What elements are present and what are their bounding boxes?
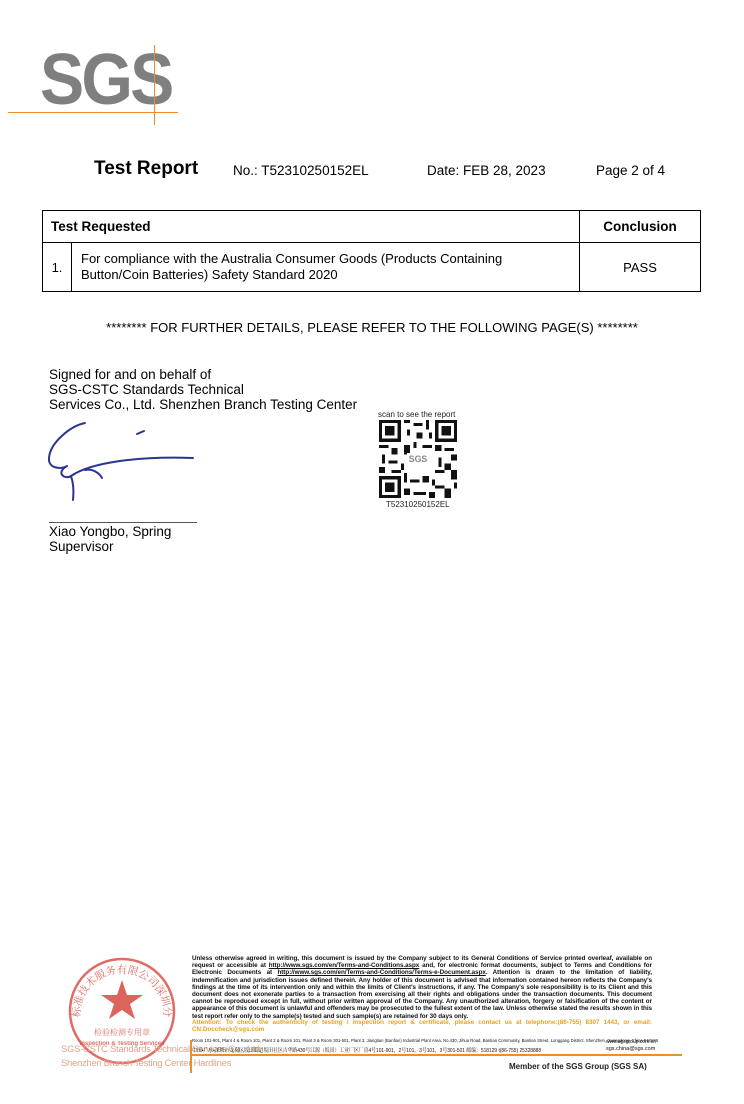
signatory-role: Supervisor <box>49 539 114 555</box>
page-indicator: Page 2 of 4 <box>596 163 665 178</box>
test-description: For compliance with the Australia Consum… <box>72 243 580 292</box>
email-link[interactable]: sgs.china@sgs.com <box>606 1046 655 1052</box>
logo-horizontal-rule <box>8 112 178 113</box>
further-details-notice: ******** FOR FURTHER DETAILS, PLEASE REF… <box>0 320 744 335</box>
signing-organization-line: SGS-CSTC Standards Technical <box>49 382 244 398</box>
address-chinese: 中国•广东•深圳市龙岗区坂田街道坂田社区吉华路430号江源（坂田）工业厂区厂房4… <box>192 1046 541 1054</box>
logo-vertical-rule <box>154 45 155 125</box>
results-table: Test Requested Conclusion 1. For complia… <box>42 210 701 292</box>
conclusion-value: PASS <box>580 243 701 292</box>
row-index: 1. <box>43 243 72 292</box>
website-link[interactable]: www.sgsgroup.com.cn <box>606 1039 656 1045</box>
report-title: Test Report <box>94 158 198 180</box>
column-header-conclusion: Conclusion <box>580 211 701 243</box>
sgs-logo: SGS <box>40 44 172 116</box>
footer-horizontal-rule <box>190 1054 682 1056</box>
signed-on-behalf-label: Signed for and on behalf of <box>49 367 211 383</box>
e-document-terms-link[interactable]: http://www.sgs.com/en/Terms-and-Conditio… <box>277 969 485 976</box>
qr-caption: scan to see the report <box>378 410 455 419</box>
report-date: Date: FEB 28, 2023 <box>427 163 546 178</box>
sgs-group-membership: Member of the SGS Group (SGS SA) <box>509 1062 647 1071</box>
report-number: No.: T52310250152EL <box>233 163 369 178</box>
stamp-organization-line: Shenzhen Branch Testing Center Hardlines <box>61 1058 231 1069</box>
handwritten-signature <box>45 418 205 518</box>
signature-line <box>49 522 197 523</box>
legal-disclaimer: Unless otherwise agreed in writing, this… <box>192 955 652 1020</box>
authenticity-notice: Attention: To check the authenticity of … <box>192 1019 652 1033</box>
test-description-line: For compliance with the Australia Consum… <box>81 251 579 267</box>
test-description-line: Button/Coin Batteries) Safety Standard 2… <box>81 267 579 283</box>
signing-organization-line: Services Co., Ltd. Shenzhen Branch Testi… <box>49 397 357 413</box>
column-header-test: Test Requested <box>43 211 580 243</box>
signatory-name: Xiao Yongbo, Spring <box>49 524 171 540</box>
table-row: 1. For compliance with the Australia Con… <box>43 243 701 292</box>
svg-text:SGS: SGS <box>409 454 428 464</box>
svg-text:检验检测专用章: 检验检测专用章 <box>94 1027 150 1037</box>
address-english: Room 101-901, Plant 4 & Room 101, Plant … <box>192 1039 658 1044</box>
qr-code-icon[interactable]: SGS <box>379 420 457 498</box>
footer-vertical-rule <box>190 1040 192 1073</box>
legal-text: . Attention is drawn to the limitation o… <box>192 969 652 1019</box>
terms-link[interactable]: http://www.sgs.com/en/Terms-and-Conditio… <box>269 962 420 969</box>
table-header-row: Test Requested Conclusion <box>43 211 701 243</box>
qr-report-id: T52310250152EL <box>386 500 450 509</box>
